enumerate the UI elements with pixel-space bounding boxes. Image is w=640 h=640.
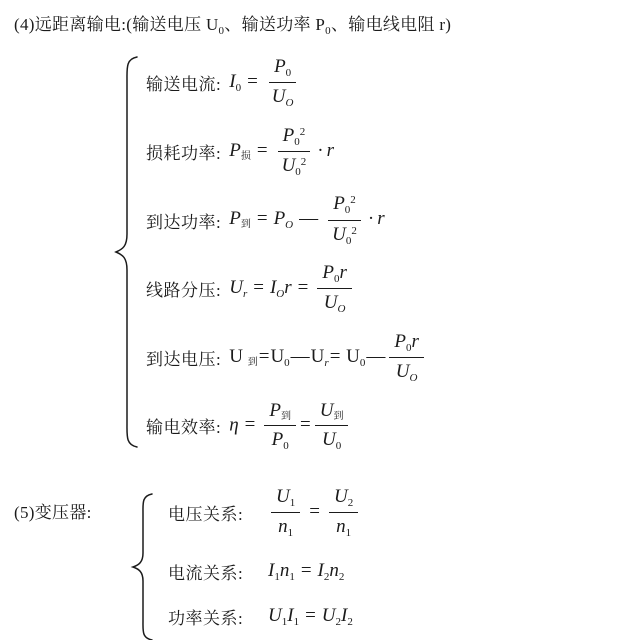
formula-row-transmission-efficiency: 输电效率: η=P到P0=U到U0 bbox=[146, 400, 626, 452]
formula-label: 到达电压: bbox=[146, 345, 221, 370]
formula-sheet-page: (4)远距离输电:(输送电压 U0、输送功率 P0、输电线电阻 r) 输送电流:… bbox=[0, 0, 640, 640]
formula-label: 电压关系: bbox=[168, 500, 268, 525]
formula-label: 功率关系: bbox=[168, 604, 268, 629]
formula-label: 电流关系: bbox=[168, 559, 268, 584]
formula-label: 线路分压: bbox=[146, 276, 221, 301]
formula-label: 输送电流: bbox=[146, 70, 221, 95]
section5-left-brace-icon bbox=[130, 492, 156, 640]
formula-row-current-relation: 电流关系: I1n1=I2n2 bbox=[168, 559, 608, 584]
section5-formula-list: 电压关系: U1n1=U2n1 电流关系: I1n1=I2n2 功率关系: U1… bbox=[168, 486, 608, 629]
formula-expression: P到=PO—P02U02·r bbox=[229, 193, 384, 246]
section4-left-brace-icon bbox=[112, 54, 142, 450]
formula-expression: U 到=U0—Ur= U0—P0rUO bbox=[229, 331, 427, 384]
formula-expression: Ur=IOr=P0rUO bbox=[229, 262, 355, 315]
formula-expression: I0=P0UO bbox=[229, 56, 301, 109]
formula-row-arrival-power: 到达功率: P到=PO—P02U02·r bbox=[146, 193, 626, 246]
formula-row-arrival-voltage: 到达电压: U 到=U0—Ur= U0—P0rUO bbox=[146, 331, 626, 384]
formula-expression: U1I1=U2I2 bbox=[268, 605, 353, 628]
section4-title: (4)远距离输电:(输送电压 U0、输送功率 P0、输电线电阻 r) bbox=[14, 10, 451, 37]
formula-expression: P损=P02U02·r bbox=[229, 125, 334, 178]
section5-title: (5)变压器: bbox=[14, 498, 92, 523]
formula-row-line-voltage-drop: 线路分压: Ur=IOr=P0rUO bbox=[146, 262, 626, 315]
formula-label: 到达功率: bbox=[146, 208, 221, 233]
formula-expression: U1n1=U2n1 bbox=[268, 486, 361, 539]
formula-row-power-loss: 损耗功率: P损=P02U02·r bbox=[146, 125, 626, 178]
section4-formula-list: 输送电流: I0=P0UO 损耗功率: P损=P02U02·r 到达功率: P到… bbox=[146, 56, 626, 452]
formula-expression: I1n1=I2n2 bbox=[268, 560, 344, 583]
formula-row-voltage-relation: 电压关系: U1n1=U2n1 bbox=[168, 486, 608, 539]
formula-expression: η=P到P0=U到U0 bbox=[229, 400, 351, 452]
formula-row-power-relation: 功率关系: U1I1=U2I2 bbox=[168, 604, 608, 629]
formula-label: 损耗功率: bbox=[146, 139, 221, 164]
formula-row-transmission-current: 输送电流: I0=P0UO bbox=[146, 56, 626, 109]
formula-label: 输电效率: bbox=[146, 413, 221, 438]
